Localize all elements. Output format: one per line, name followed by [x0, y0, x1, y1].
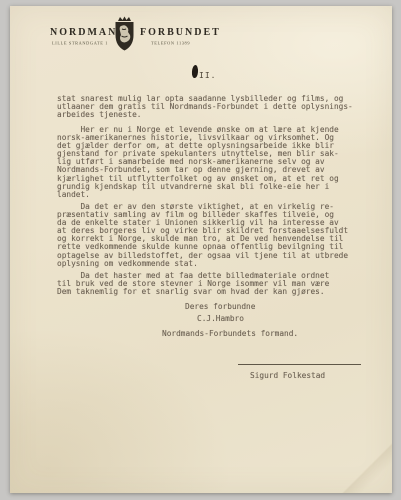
- signature-rule: [238, 364, 361, 365]
- closing-salutation: Deres forbundne: [185, 303, 255, 311]
- paragraph-2: Her er nu i Norge et levende ønske om at…: [57, 126, 339, 199]
- letterhead-phone: TELEFON 11389: [151, 41, 190, 46]
- page-number: II.: [199, 72, 216, 80]
- scanned-letter-screenshot: { "letterhead": { "org_name_left": "NORD…: [0, 0, 401, 500]
- ink-blot: [192, 65, 199, 78]
- paragraph-1: stat snarest mulig lar opta saadanne lys…: [57, 95, 353, 119]
- org-name-right: FORBUNDET: [140, 27, 221, 38]
- letter-paper: NORDMANDS FORBUNDET LILLE STRANDGATE 1 T…: [10, 6, 392, 493]
- paragraph-4: Da det haster med at faa dette billedmat…: [57, 272, 329, 296]
- closing-signer-name: C.J.Hambro: [197, 315, 244, 323]
- secondary-signature-name: Sigurd Folkestad: [250, 372, 325, 380]
- crowned-lion-shield-icon: [112, 16, 137, 52]
- letterhead-address: LILLE STRANDGATE 1: [52, 41, 108, 46]
- paragraph-3: Da det er av den største viktighet, at e…: [57, 203, 348, 268]
- closing-signer-title: Nordmands-Forbundets formand.: [162, 330, 298, 338]
